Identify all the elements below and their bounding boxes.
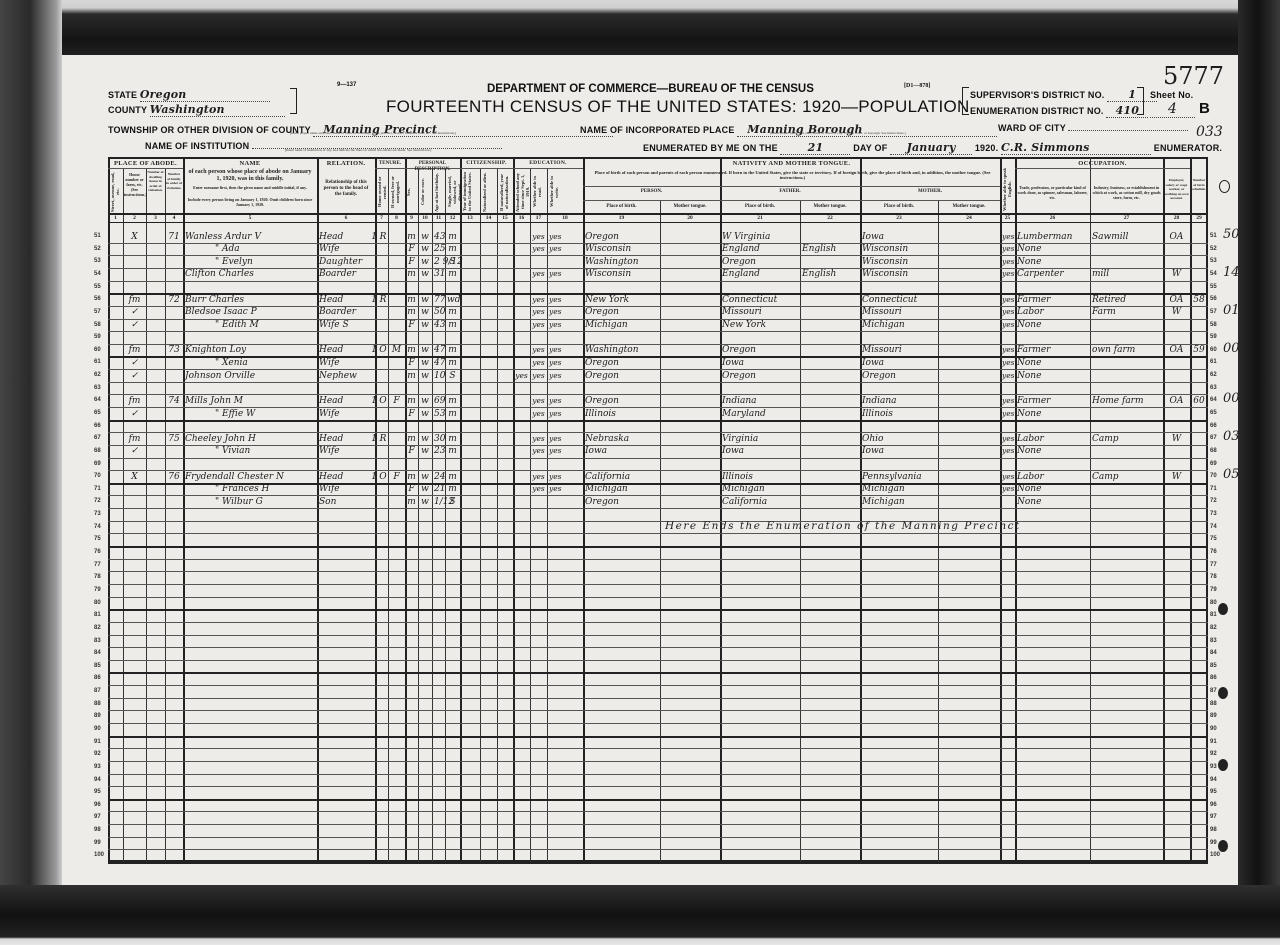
punch-hole <box>1218 687 1228 699</box>
cell-age: 69 <box>434 395 443 407</box>
line-number-left: 77 <box>94 562 101 568</box>
line-number-right: 74 <box>1210 524 1217 530</box>
cell-c4: 72 <box>167 294 181 306</box>
supervisor-label: Supervisor's District No. <box>970 90 1105 100</box>
cell-read: yes <box>532 408 545 420</box>
line-number-left: 95 <box>94 789 101 795</box>
margin-note: 00 <box>1223 391 1240 406</box>
cell-industry: Home farm <box>1092 395 1161 407</box>
header-education: EDUCATION. <box>513 160 583 167</box>
cell-marital: m <box>447 483 458 495</box>
cell-age: 10 <box>434 370 443 382</box>
cell-trade: Farmer <box>1017 294 1088 306</box>
cell-write: yes <box>549 408 581 420</box>
department-heading: DEPARTMENT OF COMMERCE—BUREAU OF THE CEN… <box>487 83 814 95</box>
cell-mark: 1 <box>371 433 377 445</box>
line-number-right: 54 <box>1210 271 1217 277</box>
cell-employer: W <box>1165 471 1188 483</box>
column-number: 12 <box>445 215 460 221</box>
cell-c2: ✓ <box>125 370 144 382</box>
census-title: FOURTEENTH CENSUS OF THE UNITED STATES: … <box>386 97 970 117</box>
cell-birth: Oregon <box>585 370 658 382</box>
column-number: 15 <box>497 215 513 221</box>
header-occupation: OCCUPATION. <box>1015 160 1190 167</box>
cell-mother-birth: Iowa <box>862 445 936 457</box>
line-number-right: 91 <box>1210 739 1217 745</box>
cell-relation: Head <box>319 294 373 306</box>
cell-marital: m <box>447 243 458 255</box>
cell-employer: W <box>1165 433 1188 445</box>
cell-mother-birth: Michigan <box>862 496 936 508</box>
cell-write: yes <box>549 243 581 255</box>
line-number-left: 91 <box>94 739 101 745</box>
line-number-right: 62 <box>1210 372 1217 378</box>
cell-sex: m <box>407 231 416 243</box>
cell-relation: Wife <box>319 408 373 420</box>
margin-note: 05 <box>1223 467 1240 482</box>
cell-mother-birth: Pennsylvania <box>862 471 936 483</box>
cell-marital: m <box>447 231 458 243</box>
line-number-left: 72 <box>94 498 101 504</box>
enumerated-day: 21 <box>780 141 850 155</box>
cell-name: Mills John M <box>185 395 315 407</box>
enumerator-label: Enumerator. <box>1154 143 1222 153</box>
grid-header-line <box>583 186 1000 187</box>
grid-row-line <box>108 508 1208 509</box>
form-code: [D1—878] <box>904 83 930 89</box>
cell-employer: W <box>1165 306 1188 318</box>
grid-column-line <box>660 200 661 862</box>
cell-race: w <box>420 370 430 382</box>
header-relation: RELATION. <box>317 160 375 167</box>
header-col14: Naturalized or alien. <box>482 172 495 212</box>
header-relation-desc: Relationship of this person to the head … <box>320 180 372 198</box>
grid-row-line <box>108 710 1208 711</box>
cell-sex: m <box>407 294 416 306</box>
header-col18: Whether able to write. <box>549 172 562 212</box>
header-industry: Industry, business, or establishment in … <box>1092 185 1161 200</box>
cell-father-birth: Michigan <box>722 483 798 495</box>
cell-name: Burr Charles <box>185 294 315 306</box>
column-number: 8 <box>388 215 405 221</box>
column-number: 14 <box>480 215 497 221</box>
column-number: 2 <box>123 215 146 221</box>
cell-trade: Lumberman <box>1017 231 1088 243</box>
cell-employer: OA <box>1165 395 1188 407</box>
cell-trade: None <box>1017 243 1088 255</box>
cell-write: yes <box>549 357 581 369</box>
ward-field: Ward of city <box>998 123 1188 133</box>
line-number-left: 73 <box>94 511 101 517</box>
grid-column-line <box>375 157 377 862</box>
scan-border-bottom <box>0 885 1280 945</box>
header-father-tongue: Mother tongue. <box>800 204 860 210</box>
header-col1: Street, avenue, road, etc. <box>110 172 122 212</box>
line-number-left: 67 <box>94 435 101 441</box>
line-number-left: 78 <box>94 574 101 580</box>
line-number-left: 92 <box>94 751 101 757</box>
line-number-left: 61 <box>94 359 101 365</box>
state-field: State Oregon <box>108 88 270 102</box>
header-father-birthplace: Place of birth. <box>720 204 800 210</box>
cell-sex: F <box>407 256 416 268</box>
cell-read: yes <box>532 319 545 331</box>
column-number: 7 <box>375 215 388 221</box>
line-number-left: 59 <box>94 334 101 340</box>
grid-header-line <box>1015 168 1190 169</box>
county-label: County <box>108 105 147 115</box>
cell-read: yes <box>532 370 545 382</box>
column-number: 4 <box>165 215 183 221</box>
cell-english: yes <box>1002 395 1013 407</box>
line-number-right: 96 <box>1210 802 1217 808</box>
cell-trade: None <box>1017 408 1088 420</box>
margin-note: 00 <box>1223 341 1240 356</box>
cell-father-birth: Indiana <box>722 395 798 407</box>
header-tenure: TENURE. <box>375 161 405 167</box>
district-bracket-left <box>962 87 969 115</box>
cell-industry: Camp <box>1092 471 1161 483</box>
line-number-left: 88 <box>94 701 101 707</box>
cell-c4: 75 <box>167 433 181 445</box>
state-county-bracket <box>290 88 297 114</box>
cell-c4: 73 <box>167 344 181 356</box>
cell-birth: Oregon <box>585 395 658 407</box>
grid-row-line <box>108 559 1208 560</box>
cell-age: 31 <box>434 268 443 280</box>
grid-column-line <box>123 168 124 862</box>
header-col16: Attended school any time since Sept. 1, … <box>515 172 528 212</box>
header-name-desc3: Include every person living on January 1… <box>186 197 314 207</box>
cell-mortgage: F <box>390 395 403 407</box>
cell-c2: ✓ <box>125 408 144 420</box>
cell-industry: own farm <box>1092 344 1161 356</box>
grid-column-line <box>1163 157 1165 862</box>
cell-marital: S <box>447 370 458 382</box>
sheet-number: 4 <box>1150 101 1195 118</box>
cell-relation: Nephew <box>319 370 373 382</box>
cell-mortgage: F <box>390 471 403 483</box>
header-trade: Trade, profession, or particular kind of… <box>1017 185 1088 200</box>
line-number-left: 70 <box>94 473 101 479</box>
line-number-right: 63 <box>1210 385 1217 391</box>
cell-birth: Wisconsin <box>585 243 658 255</box>
cell-mother-birth: Iowa <box>862 231 936 243</box>
header-employer: Employer, salary or wage worker, or work… <box>1164 178 1189 201</box>
line-number-left: 85 <box>94 663 101 669</box>
cell-marital: m <box>447 344 458 356</box>
cell-sex: F <box>407 445 416 457</box>
line-number-left: 66 <box>94 423 101 429</box>
enumerator-name: C.R. Simmons <box>1001 141 1151 155</box>
cell-c2: ✓ <box>125 445 144 457</box>
column-number: 24 <box>938 215 1000 221</box>
line-number-left: 55 <box>94 284 101 290</box>
line-number-left: 69 <box>94 461 101 467</box>
cell-mother-birth: Missouri <box>862 306 936 318</box>
cell-write: yes <box>549 268 581 280</box>
cell-age: 30 <box>434 433 443 445</box>
grid-column-line <box>497 168 498 862</box>
cell-father-birth: Connecticut <box>722 294 798 306</box>
column-number: 22 <box>800 215 860 221</box>
grid-header-line <box>108 168 183 169</box>
header-col8: If owned, free or mortgaged. <box>390 172 402 212</box>
cell-race: w <box>420 496 430 508</box>
cell-relation: Boarder <box>319 268 373 280</box>
cell-father-birth: W Virginia <box>722 231 798 243</box>
cell-owned: R <box>379 433 387 445</box>
cell-mark: 1 <box>371 471 377 483</box>
ward-label: Ward of city <box>998 123 1066 133</box>
cell-relation: Head <box>319 433 373 445</box>
cell-owned: R <box>379 294 387 306</box>
cell-father-birth: Iowa <box>722 445 798 457</box>
cell-birth: Washington <box>585 256 658 268</box>
line-number-left: 100 <box>94 852 104 858</box>
cell-c2: fm <box>125 433 144 445</box>
margin-note: 50 <box>1223 227 1240 242</box>
cell-marital: S <box>447 496 458 508</box>
cell-name: Johnson Orville <box>185 370 315 382</box>
cell-name: Bledsoe Isaac P <box>185 306 315 318</box>
line-number-left: 90 <box>94 726 101 732</box>
cell-relation: Wife <box>319 243 373 255</box>
cell-read: yes <box>532 471 545 483</box>
cell-write: yes <box>549 445 581 457</box>
grid-row-line <box>108 736 1208 738</box>
cell-birth: Oregon <box>585 306 658 318</box>
line-number-right: 55 <box>1210 284 1217 290</box>
cell-read: yes <box>532 483 545 495</box>
line-number-left: 80 <box>94 600 101 606</box>
grid-row-line <box>108 533 1208 534</box>
scan-border-top <box>0 0 1280 60</box>
cell-race: w <box>420 395 430 407</box>
line-number-left: 74 <box>94 524 101 530</box>
cell-relation: Wife <box>319 357 373 369</box>
cell-birth: New York <box>585 294 658 306</box>
grid-column-line <box>165 168 166 862</box>
cell-owned: O <box>379 395 387 407</box>
cell-race: w <box>420 294 430 306</box>
cell-industry: Camp <box>1092 433 1161 445</box>
cell-father-birth: Iowa <box>722 357 798 369</box>
cell-c2: fm <box>125 294 144 306</box>
grid-row-line <box>108 748 1208 749</box>
grid-column-line <box>1090 157 1091 862</box>
cell-english: yes <box>1002 483 1013 495</box>
line-number-right: 66 <box>1210 423 1217 429</box>
cell-relation: Head <box>319 344 373 356</box>
line-number-left: 84 <box>94 650 101 656</box>
cell-age: 23 <box>434 445 443 457</box>
line-number-right: 70 <box>1210 473 1217 479</box>
grid-row-line <box>108 723 1208 724</box>
line-number-right: 59 <box>1210 334 1217 340</box>
cell-sex: m <box>407 370 416 382</box>
cell-write: yes <box>549 319 581 331</box>
cell-mother-birth: Ohio <box>862 433 936 445</box>
cell-trade: None <box>1017 496 1088 508</box>
column-number: 1 <box>108 215 123 221</box>
cell-sex: F <box>407 408 416 420</box>
cell-mother-birth: Michigan <box>862 319 936 331</box>
cell-industry: mill <box>1092 268 1161 280</box>
grid-column-line <box>1190 157 1192 862</box>
grid-column-line <box>418 168 419 862</box>
cell-name: Knighton Loy <box>185 344 315 356</box>
column-number: 27 <box>1090 215 1163 221</box>
header-col25: Whether able to speak English. <box>1002 165 1014 213</box>
cell-english: yes <box>1002 319 1013 331</box>
cell-english: yes <box>1002 408 1013 420</box>
header-col4: Number of family in order of visitation. <box>166 172 182 190</box>
incorporated-hint: [Insert proper name and, also, name of c… <box>770 131 906 135</box>
column-number: 5 <box>183 215 317 221</box>
grid-row-line <box>108 685 1208 686</box>
cell-c2: fm <box>125 344 144 356</box>
cell-trade: None <box>1017 256 1088 268</box>
cell-relation: Daughter <box>319 256 373 268</box>
margin-code: 033 <box>1196 124 1223 140</box>
cell-sex: m <box>407 268 416 280</box>
cell-age: 47 <box>434 357 443 369</box>
ward-value <box>1068 130 1188 131</box>
grid-row-line <box>108 546 1208 548</box>
line-number-left: 97 <box>94 814 101 820</box>
line-number-right: 76 <box>1210 549 1217 555</box>
line-number-left: 62 <box>94 372 101 378</box>
punch-hole <box>1219 180 1230 193</box>
line-number-left: 52 <box>94 246 101 252</box>
sheet-label: Sheet No. <box>1150 90 1193 100</box>
cell-birth: Oregon <box>585 231 658 243</box>
header-farm-schedule: Number of farm schedule. <box>1191 178 1207 192</box>
header-col7: Home owned or rented. <box>377 172 387 212</box>
grid-row-line <box>108 824 1208 825</box>
line-number-right: 57 <box>1210 309 1217 315</box>
header-person-tongue: Mother tongue. <box>660 204 720 210</box>
grid-column-line <box>432 168 433 862</box>
column-number: 26 <box>1015 215 1090 221</box>
line-number-left: 63 <box>94 385 101 391</box>
cell-write: yes <box>549 483 581 495</box>
column-number: 25 <box>1000 215 1015 221</box>
cell-trade: Farmer <box>1017 395 1088 407</box>
line-number-left: 68 <box>94 448 101 454</box>
cell-trade: Labor <box>1017 471 1088 483</box>
cell-employer: OA <box>1165 344 1188 356</box>
enumeration-district-field: Enumeration District No. 410 <box>970 104 1148 118</box>
cell-c2: X <box>125 231 144 243</box>
line-number-right: 82 <box>1210 625 1217 631</box>
cell-sex: m <box>407 306 416 318</box>
cell-age: 1/12 <box>434 496 443 508</box>
line-number-left: 57 <box>94 309 101 315</box>
grid-column-line <box>480 168 481 862</box>
cell-mark: 1 <box>371 294 377 306</box>
margin-note: 14 <box>1223 265 1240 280</box>
line-number-right: 73 <box>1210 511 1217 517</box>
cell-name: Clifton Charles <box>185 268 315 280</box>
line-number-left: 60 <box>94 347 101 353</box>
column-number: 16 <box>513 215 530 221</box>
line-number-right: 83 <box>1210 638 1217 644</box>
cell-read: yes <box>532 231 545 243</box>
cell-race: w <box>420 344 430 356</box>
cell-c2: X <box>125 471 144 483</box>
cell-sex: F <box>407 357 416 369</box>
cell-read: yes <box>532 357 545 369</box>
line-number-right: 86 <box>1210 675 1217 681</box>
column-number: 29 <box>1190 215 1208 221</box>
cell-trade: Labor <box>1017 433 1088 445</box>
column-number: 17 <box>530 215 547 221</box>
header-nativity-desc: Place of birth of each person and parent… <box>590 170 995 180</box>
cell-birth: Nebraska <box>585 433 658 445</box>
line-number-right: 60 <box>1210 347 1217 353</box>
cell-name: Cheeley John H <box>185 433 315 445</box>
grid-header-line <box>108 222 1208 223</box>
grid-row-line <box>108 774 1208 775</box>
cell-mark: 1 <box>371 231 377 243</box>
header-mother-birthplace: Place of birth. <box>860 204 938 210</box>
cell-read: yes <box>532 433 545 445</box>
line-number-right: 100 <box>1210 852 1220 858</box>
line-number-left: 86 <box>94 675 101 681</box>
cell-read: yes <box>532 243 545 255</box>
institution-hint: [Insert name of institution, if any, and… <box>285 148 431 152</box>
county-field: County Washington <box>108 103 285 117</box>
header-col12: Single, married, widowed, or divorced. <box>447 172 459 212</box>
cell-race: w <box>420 243 430 255</box>
cell-write: yes <box>549 471 581 483</box>
grid-row-line <box>108 458 1208 459</box>
header-col13: Year of immigration to the United States… <box>462 172 478 212</box>
cell-industry: Retired <box>1092 294 1161 306</box>
cell-english: yes <box>1002 357 1013 369</box>
cell-age: 53 <box>434 408 443 420</box>
grid-row-line <box>108 862 1208 864</box>
cell-sex: m <box>407 496 416 508</box>
cell-father-birth: Missouri <box>722 306 798 318</box>
column-number: 3 <box>146 215 165 221</box>
grid-row-line <box>108 597 1208 598</box>
cell-english: yes <box>1002 370 1013 382</box>
column-number: 13 <box>460 215 480 221</box>
line-number-right: 53 <box>1210 258 1217 264</box>
cell-trade: Labor <box>1017 306 1088 318</box>
line-number-right: 87 <box>1210 688 1217 694</box>
cell-father-tongue: English <box>802 243 858 255</box>
cell-marital: m <box>447 445 458 457</box>
line-number-right: 89 <box>1210 713 1217 719</box>
cell-race: w <box>420 268 430 280</box>
cell-mother-birth: Wisconsin <box>862 243 936 255</box>
cell-race: w <box>420 319 430 331</box>
township-label: Township or other division of county <box>108 125 311 135</box>
district-bracket-right <box>1137 87 1144 115</box>
header-col3: Number of dwelling house in order of vis… <box>147 170 164 193</box>
cell-sex: m <box>407 433 416 445</box>
header-person: PERSON. <box>583 189 720 195</box>
cell-mother-birth: Iowa <box>862 357 936 369</box>
cell-write: yes <box>549 294 581 306</box>
cell-farm: 60 <box>1192 395 1206 407</box>
cell-race: w <box>420 483 430 495</box>
cell-age: 24 <box>434 471 443 483</box>
